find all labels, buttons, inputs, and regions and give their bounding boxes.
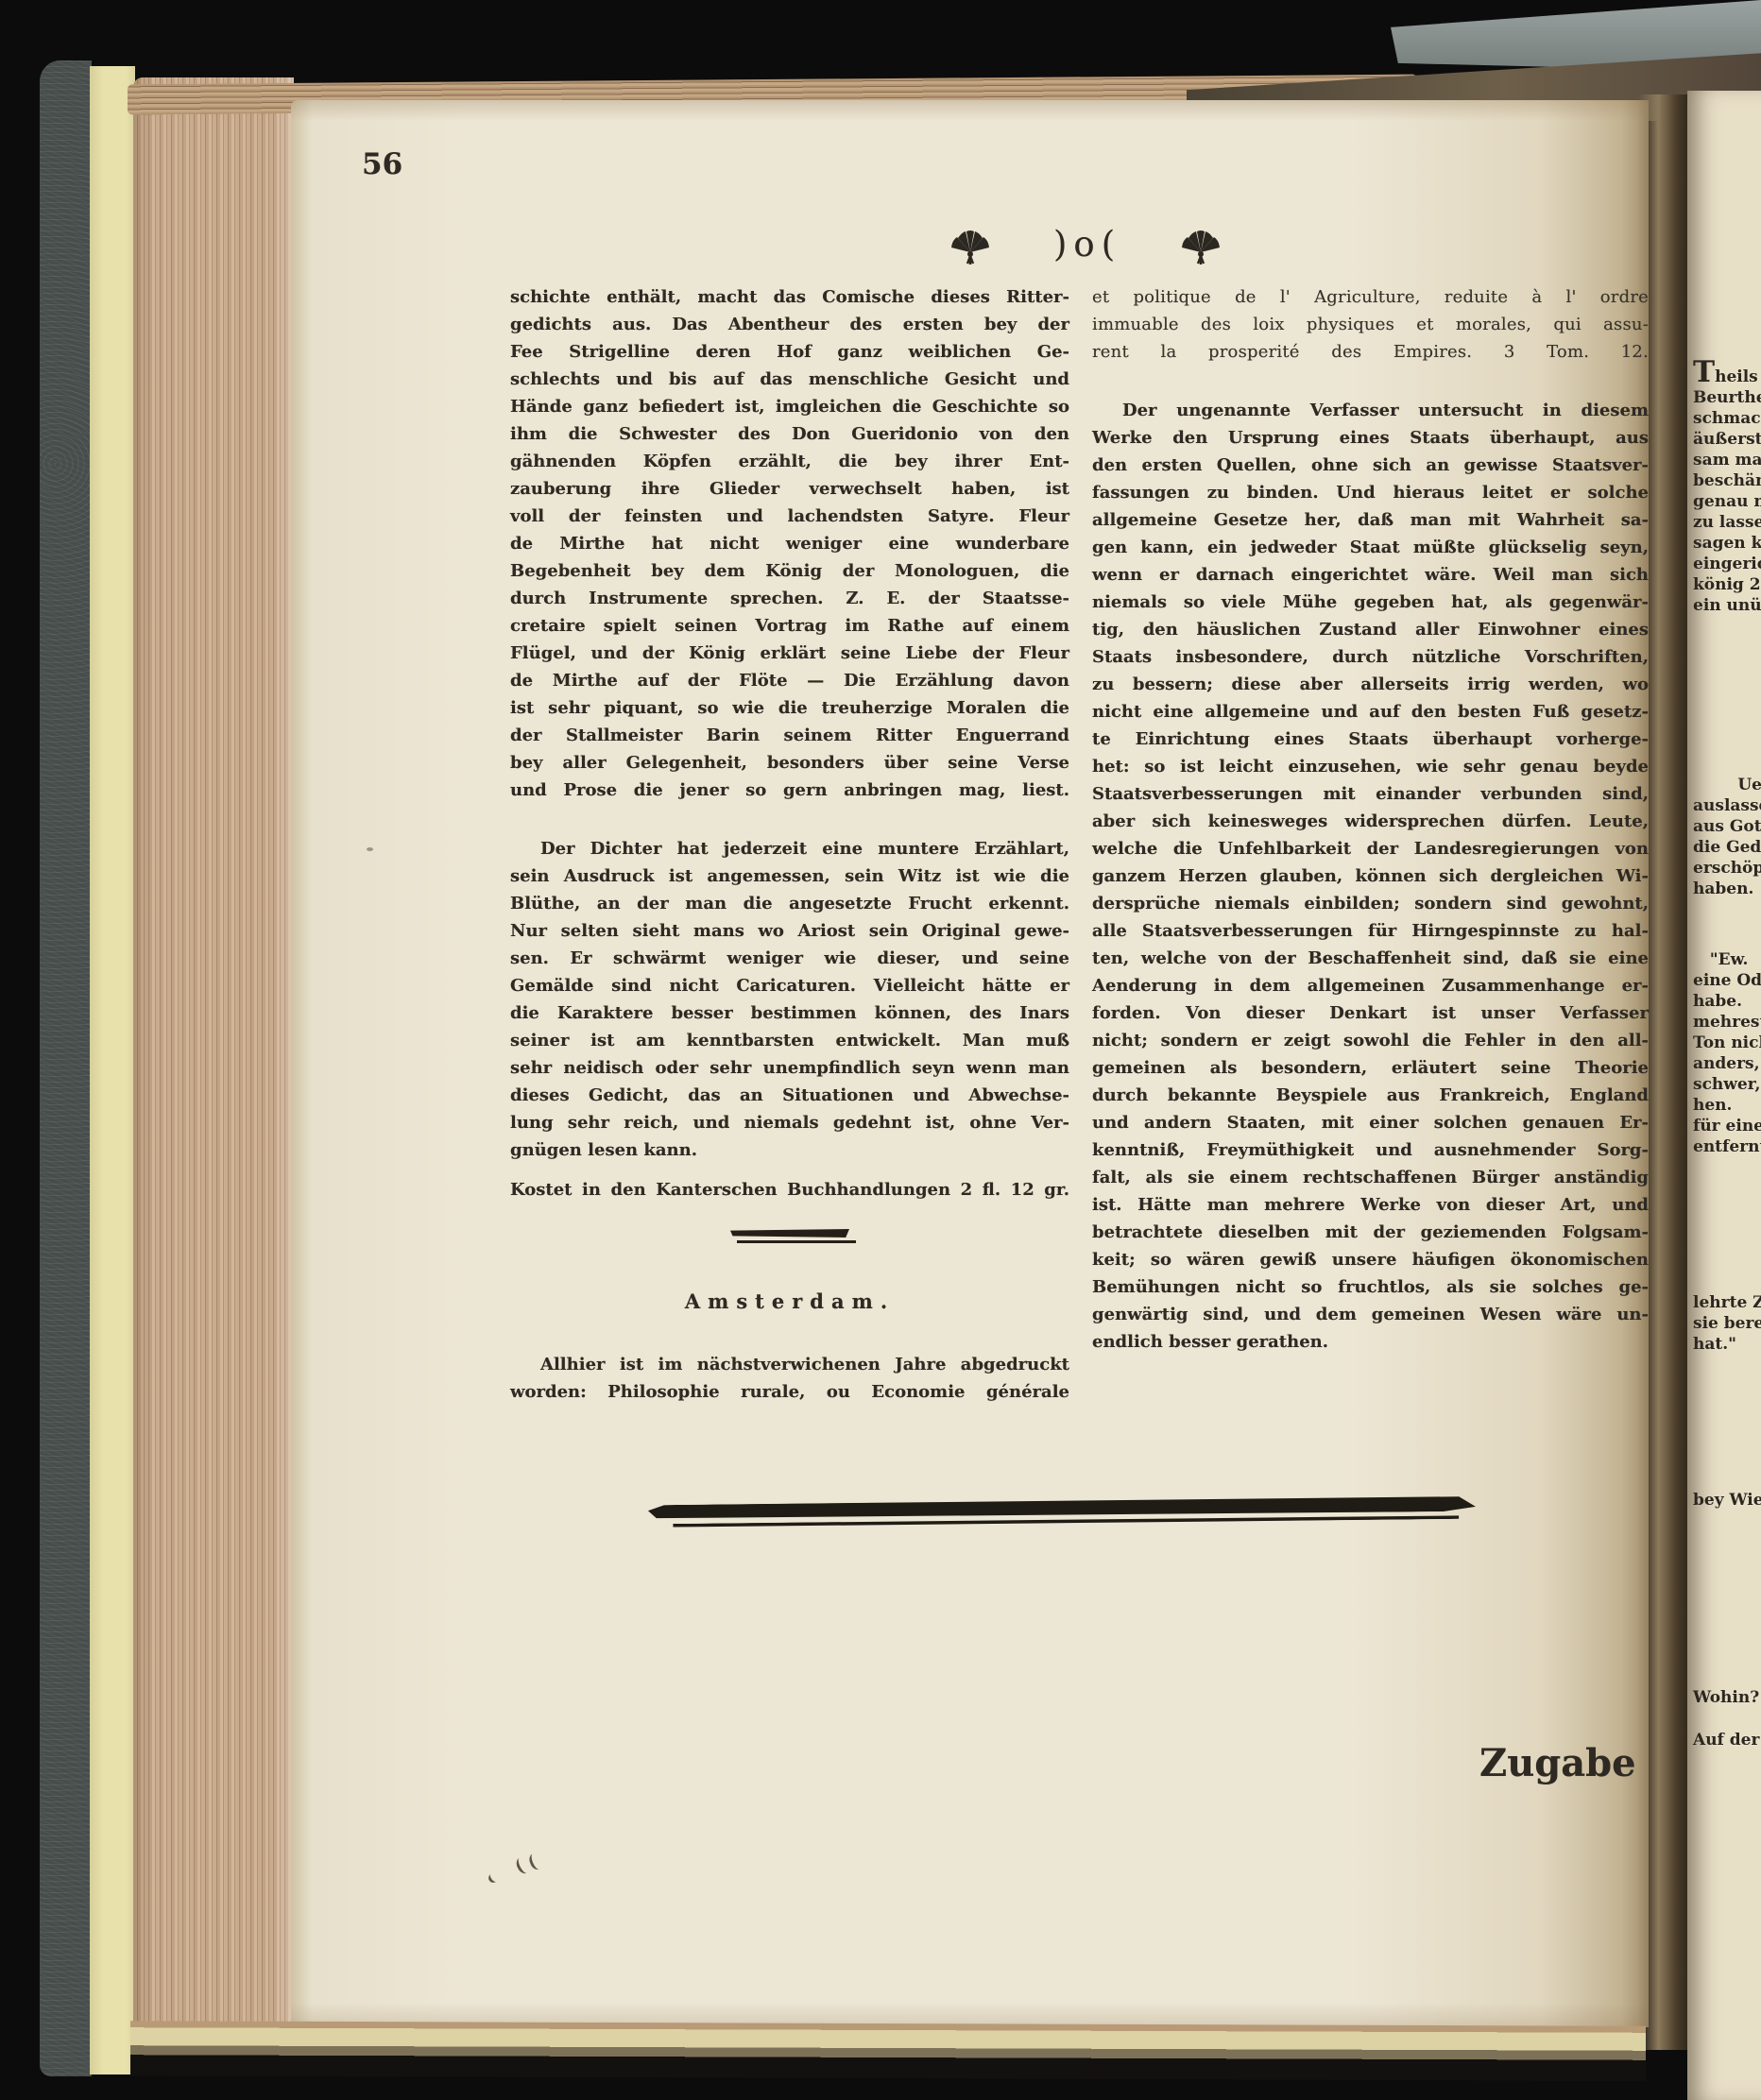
paper-speck — [367, 847, 373, 851]
text-line: wenn er darnach eingerichtet wäre. Weil … — [1092, 561, 1649, 589]
text-line: und Prose die jener so gern anbringen ma… — [510, 777, 1069, 804]
text-line: Nur selten sieht mans wo Ariost sein Ori… — [510, 917, 1069, 945]
text-line: het: so ist leicht einzusehen, wie sehr … — [1092, 753, 1649, 780]
text-line: gen kann, ein jedweder Staat müßte glück… — [1092, 534, 1649, 561]
text-line-fragment: äußersten — [1693, 429, 1761, 450]
text-line-fragment: eine Od — [1693, 970, 1761, 991]
header-separator: )o( — [1053, 224, 1121, 265]
text-line: keit; so wären gewiß unsere häufigen öko… — [1092, 1246, 1649, 1273]
text-line-fragment: hat." — [1693, 1334, 1761, 1355]
shell-ornament-icon — [1180, 227, 1222, 268]
paragraph-amsterdam-notice: Allhier ist im nächstverwichenen Jahre a… — [510, 1351, 1069, 1406]
text-line-fragment: Ton nich — [1693, 1033, 1761, 1053]
text-line: durch bekannte Beyspiele aus Frankreich,… — [1092, 1082, 1649, 1109]
text-line-fragment: auslassen — [1693, 795, 1761, 816]
text-line: te Einrichtung eines Staats überhaupt vo… — [1092, 726, 1649, 753]
text-line-fragment: Auf der — [1693, 1730, 1761, 1750]
text-line-fragment: eingericht — [1693, 554, 1761, 574]
text-line: dersprüche niemals einbilden; sondern si… — [1092, 890, 1649, 917]
text-line: und andern Staaten, mit einer solchen ge… — [1092, 1109, 1649, 1136]
text-line: nicht; sondern er zeigt sowohl die Fehle… — [1092, 1027, 1649, 1054]
text-line: bey aller Gelegenheit, besonders über se… — [510, 749, 1069, 777]
text-line: alle Staatsverbesserungen für Hirngespin… — [1092, 917, 1649, 945]
text-line-fragment: hen. — [1693, 1095, 1761, 1116]
text-line-fragment: Wohin? — [1693, 1687, 1761, 1708]
text-line-fragment: Ue — [1693, 775, 1761, 795]
sliver-fragment-group: Theils uBeurtheischmacksräußerstensam ma… — [1693, 362, 1761, 616]
text-line-fragment: die Gedu — [1693, 837, 1761, 858]
text-line-fragment: entfernt — [1693, 1136, 1761, 1157]
text-line: den ersten Quellen, ohne sich an gewisse… — [1092, 452, 1649, 479]
text-line: ihm die Schwester des Don Gueridonio von… — [510, 420, 1069, 448]
text-line: de Mirthe auf der Flöte — Die Erzählung … — [510, 667, 1069, 694]
header-ornaments: )o( — [949, 227, 1222, 268]
section-heading-amsterdam: Amsterdam. — [510, 1288, 1069, 1316]
text-line: schichte enthält, macht das Comische die… — [510, 283, 1069, 311]
text-line: Staats insbesondere, durch nützliche Vor… — [1092, 643, 1649, 671]
text-line: gähnenden Köpfen erzählt, die bey ihrer … — [510, 448, 1069, 475]
book-cover-edge — [40, 60, 92, 2076]
text-line: aber sich keinesweges widersprechen dürf… — [1092, 808, 1649, 835]
text-line: Begebenheit bey dem König der Monologuen… — [510, 557, 1069, 585]
text-line-fragment: schwer, — [1693, 1074, 1761, 1095]
text-line: Der Dichter hat jederzeit eine muntere E… — [510, 835, 1069, 862]
text-line-fragment: schmacksr — [1693, 408, 1761, 429]
text-line: falt, als sie einem rechtschaffenen Bürg… — [1092, 1164, 1649, 1191]
paragraph-french-title: et politique de l' Agriculture, reduite … — [1092, 283, 1649, 366]
text-line: voll der feinsten und lachendsten Satyre… — [510, 503, 1069, 530]
sliver-fragment-group: "Ew.eine Odhabe.mehresteTon nichanders,s… — [1693, 949, 1761, 1157]
text-line: lung sehr reich, und niemals gedehnt ist… — [510, 1109, 1069, 1136]
text-line: dieses Gedicht, das an Situationen und A… — [510, 1082, 1069, 1109]
section-divider-rule — [730, 1229, 849, 1243]
page-bottom-edges — [130, 2021, 1646, 2081]
price-line: Kostet in den Kanterschen Buchhandlungen… — [510, 1176, 1069, 1204]
endpaper-edge — [90, 66, 135, 2074]
text-line: kenntniß, Freymüthigkeit und ausnehmende… — [1092, 1136, 1649, 1164]
text-line-fragment: genau n — [1693, 491, 1761, 512]
text-line-fragment: habe. — [1693, 991, 1761, 1012]
text-line: Hände ganz befiedert ist, imgleichen die… — [510, 393, 1069, 420]
text-line-fragment: haben. — [1693, 879, 1761, 899]
page-number: 56 — [362, 147, 402, 181]
text-line-fragment: Beurthei — [1693, 387, 1761, 408]
paragraph-state-review: Der ungenannte Verfasser untersucht in d… — [1092, 397, 1649, 1356]
shell-ornament-icon — [949, 227, 991, 268]
text-line: zauberung ihre Glieder verwechselt haben… — [510, 475, 1069, 503]
text-line-fragment: mehreste — [1693, 1012, 1761, 1033]
text-line: et politique de l' Agriculture, reduite … — [1092, 283, 1649, 311]
text-line-fragment: könig 2c. — [1693, 574, 1761, 595]
sliver-imprint-fragment: bey Wiel — [1693, 1490, 1761, 1511]
text-line-fragment: "Ew. — [1693, 949, 1761, 970]
text-line: Gemälde sind nicht Caricaturen. Vielleic… — [510, 972, 1069, 999]
text-line-fragment: sagen kön — [1693, 533, 1761, 554]
text-line-fragment: sie bereit: — [1693, 1313, 1761, 1334]
text-line: nicht eine allgemeine und auf den besten… — [1092, 698, 1649, 726]
text-line: rent la prosperité des Empires. 3 Tom. 1… — [1092, 338, 1649, 366]
text-line-fragment: beschämen — [1693, 470, 1761, 491]
text-line: de Mirthe hat nicht weniger eine wunderb… — [510, 530, 1069, 557]
page-edges-stack — [133, 77, 294, 2040]
text-line: genwärtig sind, und dem gemeinen Wesen w… — [1092, 1301, 1649, 1328]
text-line-fragment: zu lassen — [1693, 512, 1761, 533]
text-line: Allhier ist im nächstverwichenen Jahre a… — [510, 1351, 1069, 1378]
text-line: Blüthe, an der man die angesetzte Frucht… — [510, 890, 1069, 917]
text-line: betrachtete dieselben mit der geziemende… — [1092, 1219, 1649, 1246]
text-line: schlechts und bis auf das menschliche Ge… — [510, 366, 1069, 393]
text-line-fragment: für eine — [1693, 1116, 1761, 1136]
text-line: durch Instrumente sprechen. Z. E. der St… — [510, 585, 1069, 612]
text-line: der Stallmeister Barin seinem Ritter Eng… — [510, 722, 1069, 749]
sliver-fragment-group: Ueauslassenaus Gotdie Geduerschöpfehaben… — [1693, 775, 1761, 899]
text-line: Staatsverbesserungen mit einander verbun… — [1092, 780, 1649, 808]
text-line: allgemeine Gesetze her, daß man mit Wahr… — [1092, 506, 1649, 534]
text-line: zu bessern; diese aber allerseits irrig … — [1092, 671, 1649, 698]
text-line: endlich besser gerathen. — [1092, 1328, 1649, 1356]
text-line: gnügen lesen kann. — [510, 1136, 1069, 1164]
text-line: fassungen zu binden. Und hieraus leitet … — [1092, 479, 1649, 506]
text-line: sen. Er schwärmt weniger wie dieser, und… — [510, 945, 1069, 972]
text-line-fragment: bey Wiel — [1693, 1490, 1761, 1511]
text-line: immuable des loix physiques et morales, … — [1092, 311, 1649, 338]
text-line: seiner ist am kenntbarsten entwickelt. M… — [510, 1027, 1069, 1054]
text-line: sehr neidisch oder sehr unempfindlich se… — [510, 1054, 1069, 1082]
text-line-fragment: aus Got — [1693, 816, 1761, 837]
text-line: ten, welche von der Beschaffenheit sind,… — [1092, 945, 1649, 972]
text-line-fragment: lehrte Ze — [1693, 1292, 1761, 1313]
text-line: forden. Von dieser Denkart ist unser Ver… — [1092, 999, 1649, 1027]
text-line: ist sehr piquant, so wie die treuherzige… — [510, 694, 1069, 722]
left-column: schichte enthält, macht das Comische die… — [510, 283, 1069, 1406]
text-line: ist. Hätte man mehrere Werke von dieser … — [1092, 1191, 1649, 1219]
text-line: Flügel, und der König erklärt seine Lieb… — [510, 640, 1069, 667]
text-line: Bemühungen nicht so fruchtlos, als sie s… — [1092, 1273, 1649, 1301]
catchword: Zugabe — [1479, 1741, 1636, 1785]
text-line: gedichts aus. Das Abentheur des ersten b… — [510, 311, 1069, 338]
text-line-fragment: ein unüb — [1693, 595, 1761, 616]
text-line: sein Ausdruck ist angemessen, sein Witz … — [510, 862, 1069, 890]
text-line: die Karaktere besser bestimmen können, d… — [510, 999, 1069, 1027]
right-column: et politique de l' Agriculture, reduite … — [1092, 283, 1649, 1356]
text-line-fragment: Theils u — [1693, 362, 1761, 387]
paragraph-poet-critique: Der Dichter hat jederzeit eine muntere E… — [510, 835, 1069, 1164]
text-line-fragment: anders, — [1693, 1053, 1761, 1074]
text-line: Der ungenannte Verfasser untersucht in d… — [1092, 397, 1649, 424]
book-scan-photograph: 56 )o( schichte enthält, macht das Comis… — [0, 0, 1761, 2100]
text-line: Aenderung in dem allgemeinen Zusammenhan… — [1092, 972, 1649, 999]
text-line: niemals so viele Mühe gegeben hat, als g… — [1092, 589, 1649, 616]
text-line: gemeinen als besondern, erläutert seine … — [1092, 1054, 1649, 1082]
text-line: ganzem Herzen glauben, können sich dergl… — [1092, 862, 1649, 890]
text-line: tig, den häuslichen Zustand aller Einwoh… — [1092, 616, 1649, 643]
text-line-fragment: sam mach — [1693, 450, 1761, 470]
text-line: cretaire spielt seinen Vortrag im Rathe … — [510, 612, 1069, 640]
text-line: worden: Philosophie rurale, ou Economie … — [510, 1378, 1069, 1406]
text-line-fragment: erschöpfe — [1693, 858, 1761, 879]
text-line: welche die Unfehlbarkeit der Landesregie… — [1092, 835, 1649, 862]
text-line: Werke den Ursprung eines Staats überhaup… — [1092, 424, 1649, 452]
paragraph-review-continuation: schichte enthält, macht das Comische die… — [510, 283, 1069, 804]
sliver-fragment-group: Wohin?Auf der — [1693, 1687, 1761, 1772]
sliver-fragment-group: lehrte Zesie bereit:hat." — [1693, 1292, 1761, 1355]
text-line: Fee Strigelline deren Hof ganz weibliche… — [510, 338, 1069, 366]
